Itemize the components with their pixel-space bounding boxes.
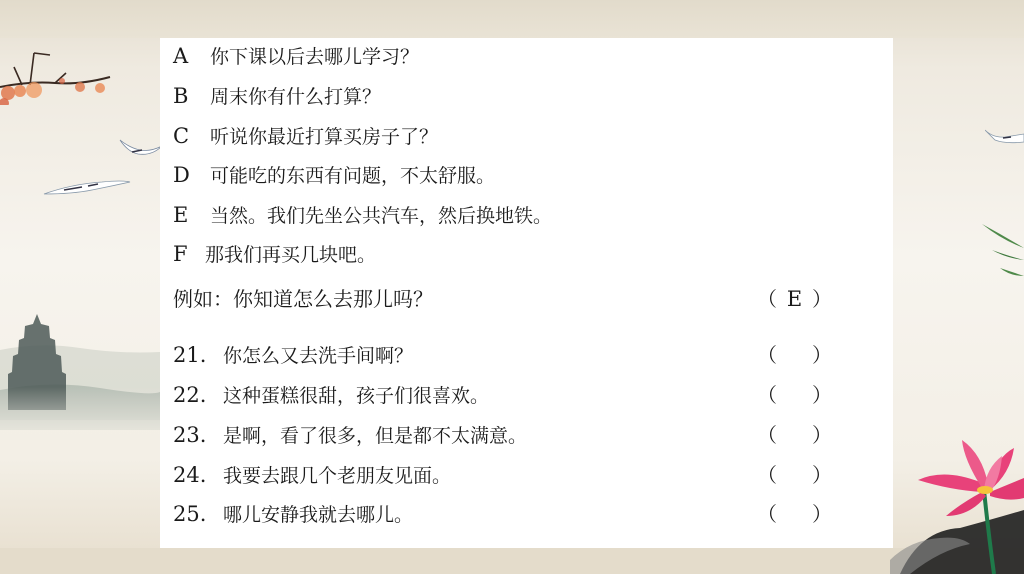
- exercise-card: A你下课以后去哪儿学习？ B周末你有什么打算？ C听说你最近打算买房子了？ D可…: [160, 38, 893, 548]
- option-letter: B: [173, 84, 210, 108]
- close-paren: ）: [812, 286, 832, 312]
- question-25: 25.哪儿安静我就去哪儿。: [173, 501, 413, 528]
- answer-slot-24[interactable]: （ ）: [757, 462, 832, 488]
- option-e: E当然。我们先坐公共汽车，然后换地铁。: [173, 203, 552, 228]
- option-text: 听说你最近打算买房子了？: [210, 126, 438, 148]
- question-number: 21.: [173, 342, 223, 368]
- top-band: [0, 0, 1024, 38]
- option-text: 当然。我们先坐公共汽车，然后换地铁。: [210, 205, 552, 227]
- question-text: 你怎么又去洗手间啊？: [223, 345, 413, 367]
- answer-slot-22[interactable]: （ ）: [757, 382, 832, 408]
- question-23: 23.是啊，看了很多，但是都不太满意。: [173, 422, 527, 449]
- close-paren: ）: [812, 422, 832, 448]
- open-paren: （: [757, 501, 777, 527]
- question-21: 21.你怎么又去洗手间啊？: [173, 342, 413, 369]
- bamboo-leaves-icon: [980, 220, 1024, 280]
- question-text: 这种蛋糕很甜，孩子们很喜欢。: [223, 385, 489, 407]
- close-paren: ）: [812, 501, 832, 527]
- crane-icon: [42, 178, 132, 198]
- question-text: 我要去跟几个老朋友见面。: [223, 465, 451, 487]
- question-text: 哪儿安静我就去哪儿。: [223, 504, 413, 526]
- option-c: C听说你最近打算买房子了？: [173, 124, 438, 149]
- option-text: 可能吃的东西有问题，不太舒服。: [210, 165, 495, 187]
- option-b: B周末你有什么打算？: [173, 84, 381, 109]
- question-text: 是啊，看了很多，但是都不太满意。: [223, 425, 527, 447]
- bottom-band: [0, 548, 1024, 574]
- crane-icon: [985, 128, 1024, 146]
- option-text: 你下课以后去哪儿学习？: [210, 46, 419, 68]
- option-letter: F: [173, 242, 205, 266]
- question-24: 24.我要去跟几个老朋友见面。: [173, 462, 451, 489]
- option-letter: C: [173, 124, 210, 148]
- answer-slot-21[interactable]: （ ）: [757, 342, 832, 368]
- lotus-flower-icon: [890, 420, 1024, 574]
- close-paren: ）: [812, 462, 832, 488]
- option-letter: D: [173, 163, 210, 187]
- example-prompt: 例如：你知道怎么去那儿吗？: [173, 286, 433, 312]
- pagoda-landscape-icon: [0, 310, 160, 450]
- question-number: 23.: [173, 422, 223, 448]
- question-22: 22.这种蛋糕很甜，孩子们很喜欢。: [173, 382, 489, 409]
- question-number: 24.: [173, 462, 223, 488]
- option-a: A你下课以后去哪儿学习？: [173, 44, 419, 69]
- option-letter: A: [173, 44, 210, 68]
- example-answer-slot: （ E ）: [757, 286, 832, 312]
- option-text: 周末你有什么打算？: [210, 86, 381, 108]
- example-answer: E: [787, 286, 802, 312]
- option-d: D可能吃的东西有问题，不太舒服。: [173, 163, 495, 188]
- answer-slot-23[interactable]: （ ）: [757, 422, 832, 448]
- answer-slot-25[interactable]: （ ）: [757, 501, 832, 527]
- option-letter: E: [173, 203, 210, 227]
- open-paren: （: [757, 286, 777, 312]
- option-text: 那我们再买几块吧。: [205, 244, 376, 266]
- crane-icon: [118, 138, 163, 158]
- open-paren: （: [757, 342, 777, 368]
- open-paren: （: [757, 462, 777, 488]
- plum-blossom-branch-icon: [0, 45, 115, 105]
- close-paren: ）: [812, 342, 832, 368]
- open-paren: （: [757, 422, 777, 448]
- option-f: F那我们再买几块吧。: [173, 242, 376, 267]
- question-number: 22.: [173, 382, 223, 408]
- close-paren: ）: [812, 382, 832, 408]
- open-paren: （: [757, 382, 777, 408]
- question-number: 25.: [173, 501, 223, 527]
